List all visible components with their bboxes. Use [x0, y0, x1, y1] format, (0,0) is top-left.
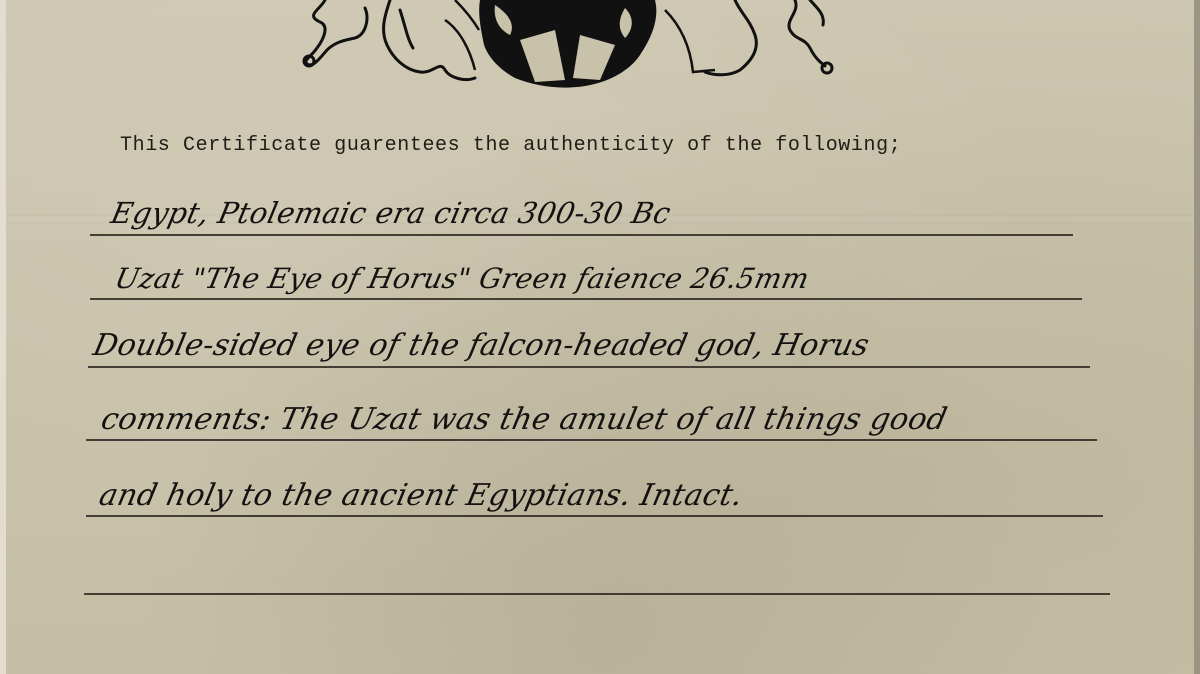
ruled-line-2 — [90, 298, 1082, 300]
handwritten-line-description: Double-sided eye of the falcon-headed go… — [90, 328, 872, 363]
handwritten-line-item: Uzat "The Eye of Horus" Green faience 26… — [112, 262, 812, 295]
ruled-line-1 — [90, 234, 1073, 236]
handwritten-line-comments-cont: and holy to the ancient Egyptians. Intac… — [96, 478, 746, 513]
ruled-line-4 — [86, 439, 1097, 441]
ruled-line-6 — [84, 593, 1110, 595]
ruled-line-3 — [88, 366, 1090, 368]
paper-edge-left — [0, 0, 6, 674]
heraldic-crest-icon — [295, 0, 840, 92]
certificate-statement: This Certificate guarentees the authenti… — [120, 134, 901, 157]
handwritten-line-comments: comments: The Uzat was the amulet of all… — [98, 402, 950, 437]
ruled-line-5 — [86, 515, 1103, 517]
handwritten-line-origin: Egypt, Ptolemaic era circa 300-30 Bc — [108, 196, 674, 230]
paper-edge-right — [1194, 0, 1200, 674]
